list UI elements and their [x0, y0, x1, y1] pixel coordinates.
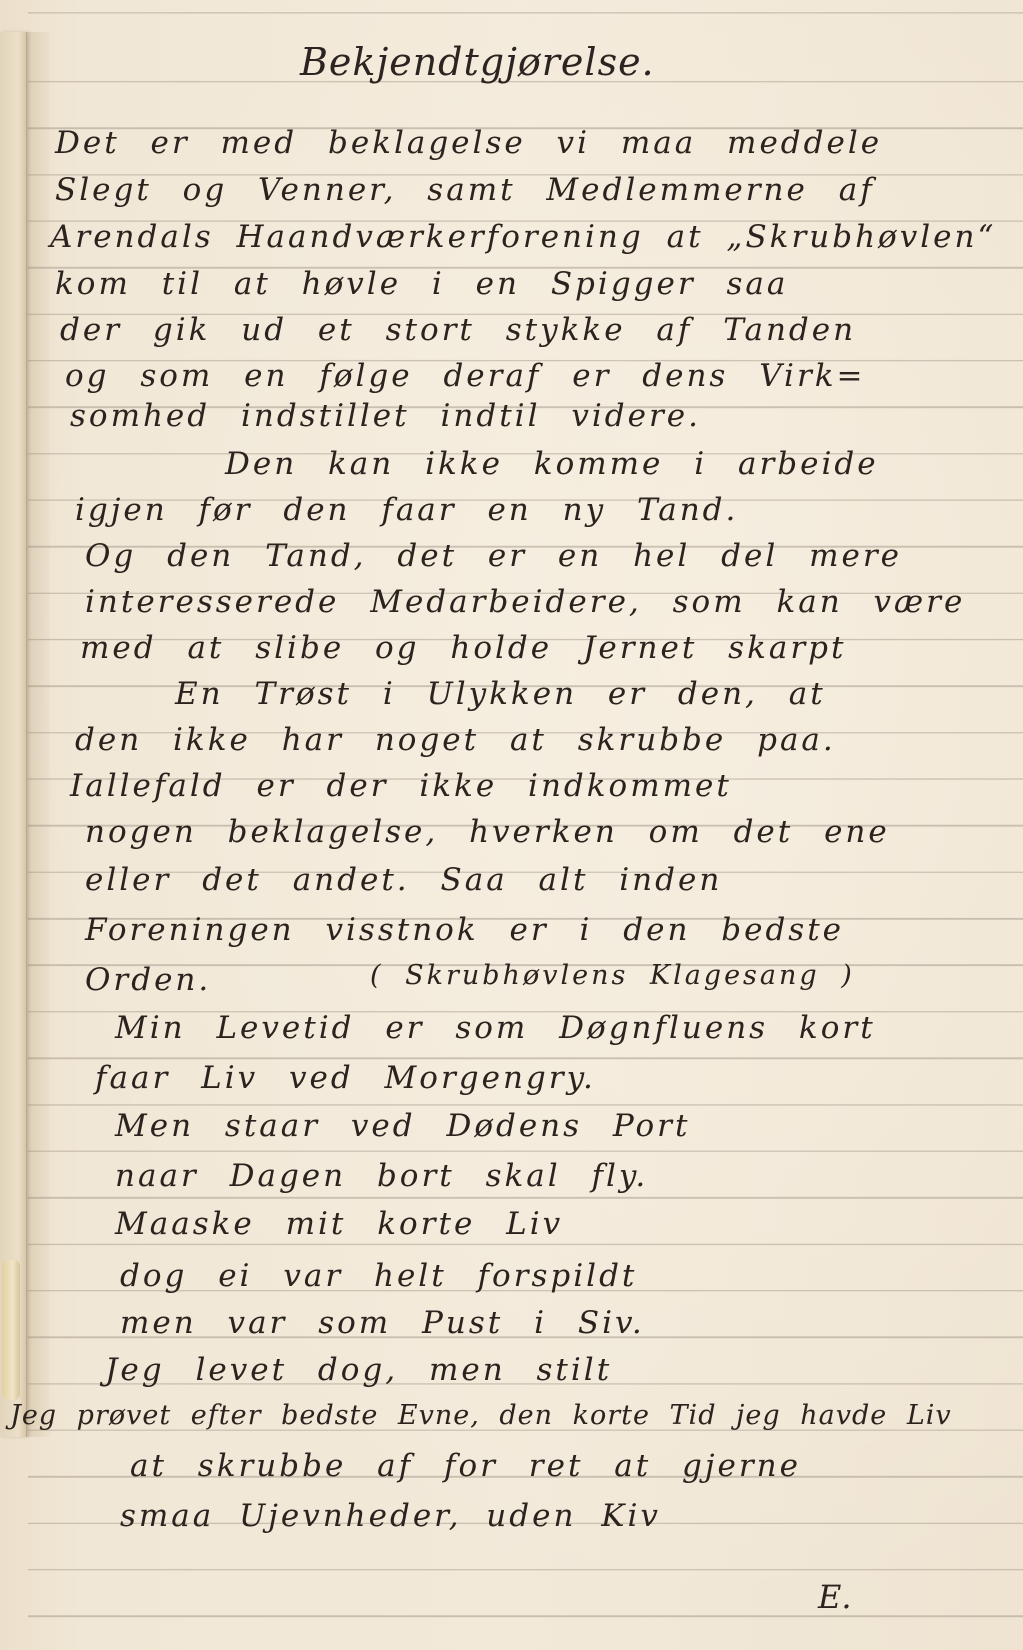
- poem-line: Jeg levet dog, men stilt: [105, 1352, 612, 1388]
- poem-line: smaa Ujevnheder, uden Kiv: [120, 1498, 661, 1534]
- poem-line: at skrubbe af for ret at gjerne: [130, 1448, 801, 1484]
- poem-heading: ( Skrubhøvlens Klagesang ): [370, 960, 855, 991]
- text-line: Foreningen visstnok er i den bedste: [85, 912, 844, 948]
- poem-line: Men staar ved Dødens Port: [115, 1108, 690, 1144]
- page-title: Bekjendtgjørelse.: [300, 40, 655, 84]
- text-line: med at slibe og holde Jernet skarpt: [80, 630, 846, 666]
- poem-line: Maaske mit korte Liv: [115, 1206, 563, 1242]
- poem-line: faar Liv ved Morgengry.: [95, 1060, 596, 1096]
- poem-line: Min Levetid er som Døgnfluens kort: [115, 1010, 876, 1046]
- text-line: og som en følge deraf er dens Virk=: [65, 358, 866, 394]
- poem-line: Jeg prøvet efter bedste Evne, den korte …: [10, 1400, 952, 1431]
- poem-line: naar Dagen bort skal fly.: [115, 1158, 648, 1194]
- text-line: kom til at høvle i en Spigger saa: [55, 266, 788, 302]
- text-line: der gik ud et stort stykke af Tanden: [60, 312, 856, 348]
- text-line: Og den Tand, det er en hel del mere: [85, 538, 902, 574]
- signature-initial: E.: [818, 1578, 852, 1616]
- handwritten-content: Bekjendtgjørelse. Det er med beklagelse …: [0, 0, 1023, 1650]
- poem-line: men var som Pust i Siv.: [120, 1305, 645, 1341]
- text-line: nogen beklagelse, hverken om det ene: [85, 814, 890, 850]
- text-line: En Trøst i Ulykken er den, at: [175, 676, 826, 712]
- text-line: Slegt og Venner, samt Medlemmerne af: [55, 172, 875, 208]
- text-line: igjen før den faar en ny Tand.: [75, 492, 738, 528]
- text-line: Arendals Haandværkerforening at „Skrubhø…: [50, 219, 996, 255]
- text-line: Iallefald er der ikke indkommet: [70, 768, 732, 804]
- text-line: Det er med beklagelse vi maa meddele: [55, 125, 882, 161]
- text-line: Den kan ikke komme i arbeide: [225, 446, 879, 482]
- text-line: interesserede Medarbeidere, som kan være: [85, 584, 965, 620]
- text-line: somhed indstillet indtil videre.: [70, 398, 701, 434]
- poem-line: dog ei var helt forspildt: [120, 1258, 637, 1294]
- text-line: Orden.: [85, 962, 211, 998]
- text-line: eller det andet. Saa alt inden: [85, 862, 722, 898]
- text-line: den ikke har noget at skrubbe paa.: [75, 722, 836, 758]
